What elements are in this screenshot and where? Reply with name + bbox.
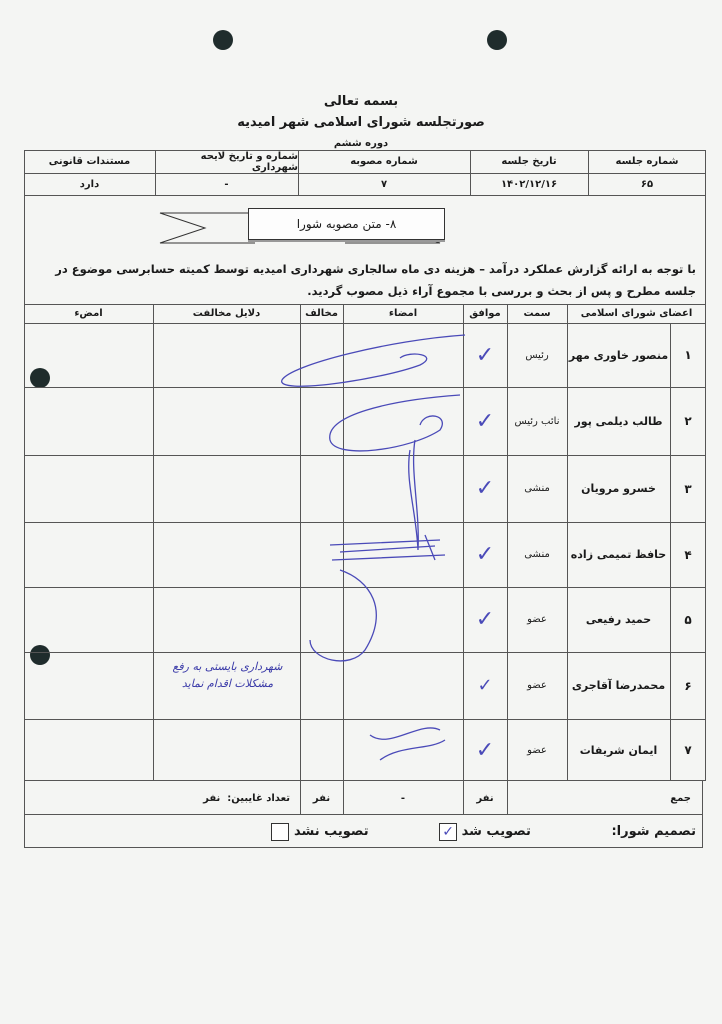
meta-value-legal-docs: دارد	[24, 173, 155, 196]
col-header-role: سمت	[507, 304, 567, 323]
meta-header-legal-docs: مستندات قانونی	[24, 150, 155, 173]
absent-label: تعداد غایبین:	[227, 793, 290, 804]
meta-header-resolution-number: شماره مصوبه	[298, 150, 470, 173]
header-bismillah: بسمه تعالی	[0, 94, 722, 109]
row-number: ۷	[670, 719, 706, 781]
section-title: ۸- متن مصوبه شورا	[248, 208, 445, 240]
row-number: ۱	[670, 323, 706, 387]
totals-oppose-value: -	[343, 781, 463, 815]
member-role: منشی	[507, 522, 567, 587]
term-label: دوره ششم	[0, 138, 722, 149]
row-number: ۶	[670, 652, 706, 719]
member-role: عضو	[507, 587, 567, 652]
scanned-document-page: بسمه تعالی صورتجلسه شورای اسلامی شهر امی…	[0, 0, 722, 1024]
totals-label: جمع	[507, 781, 697, 815]
member-name: حافظ تمیمی زاده	[567, 522, 670, 587]
meta-header-bill-number-date: شماره و تاریخ لایحه شهرداری	[155, 150, 298, 173]
totals-oppose-unit: نفر	[300, 781, 343, 815]
decision-rejected-option[interactable]: تصویب نشد	[260, 815, 380, 848]
member-name: خسرو مرویان	[567, 455, 670, 522]
approved-checkbox[interactable]: ✓	[439, 823, 457, 841]
decision-approved-option[interactable]: تصویب شد ✓	[420, 815, 550, 848]
meta-header-session-number: شماره جلسه	[588, 150, 706, 173]
member-name: ایمان شریفات	[567, 719, 670, 781]
member-role: نائب رئیس	[507, 387, 567, 455]
member-role: عضو	[507, 652, 567, 719]
meta-value-session-date: ۱۴۰۲/۱۲/۱۶	[470, 173, 588, 196]
absent-count: تعداد غایبین: نفر	[24, 781, 300, 815]
member-name: منصور خاوری مهر	[567, 323, 670, 387]
member-role: رئیس	[507, 323, 567, 387]
member-name: محمدرضا آقاجری	[567, 652, 670, 719]
page-title: صورتجلسه شورای اسلامی شهر امیدیه	[0, 115, 722, 130]
member-name: حمید رفیعی	[567, 587, 670, 652]
meta-header-session-date: تاریخ جلسه	[470, 150, 588, 173]
meta-value-bill-number-date: -	[155, 173, 298, 196]
signatures-scribble-icon	[270, 320, 470, 780]
rejected-label: تصویب نشد	[294, 824, 369, 839]
absent-unit: نفر	[203, 793, 220, 804]
member-name: طالب دیلمی پور	[567, 387, 670, 455]
col-header-member: اعضای شورای اسلامی	[567, 304, 706, 323]
resolution-text: با توجه به ارائه گزارش عملکرد درآمد – هز…	[30, 258, 696, 302]
member-role: عضو	[507, 719, 567, 781]
col-header-signature-2: امضء	[24, 304, 153, 323]
punch-hole	[487, 30, 507, 50]
approved-label: تصویب شد	[462, 824, 531, 839]
row-number: ۵	[670, 587, 706, 652]
rejected-checkbox[interactable]	[271, 823, 289, 841]
meta-value-resolution-number: ۷	[298, 173, 470, 196]
row-number: ۳	[670, 455, 706, 522]
row-number: ۴	[670, 522, 706, 587]
totals-agree-unit: نفر	[463, 781, 507, 815]
meta-value-session-number: ۶۵	[588, 173, 706, 196]
decision-label: تصمیم شورا:	[600, 815, 700, 848]
row-number: ۲	[670, 387, 706, 455]
punch-hole	[213, 30, 233, 50]
member-role: منشی	[507, 455, 567, 522]
